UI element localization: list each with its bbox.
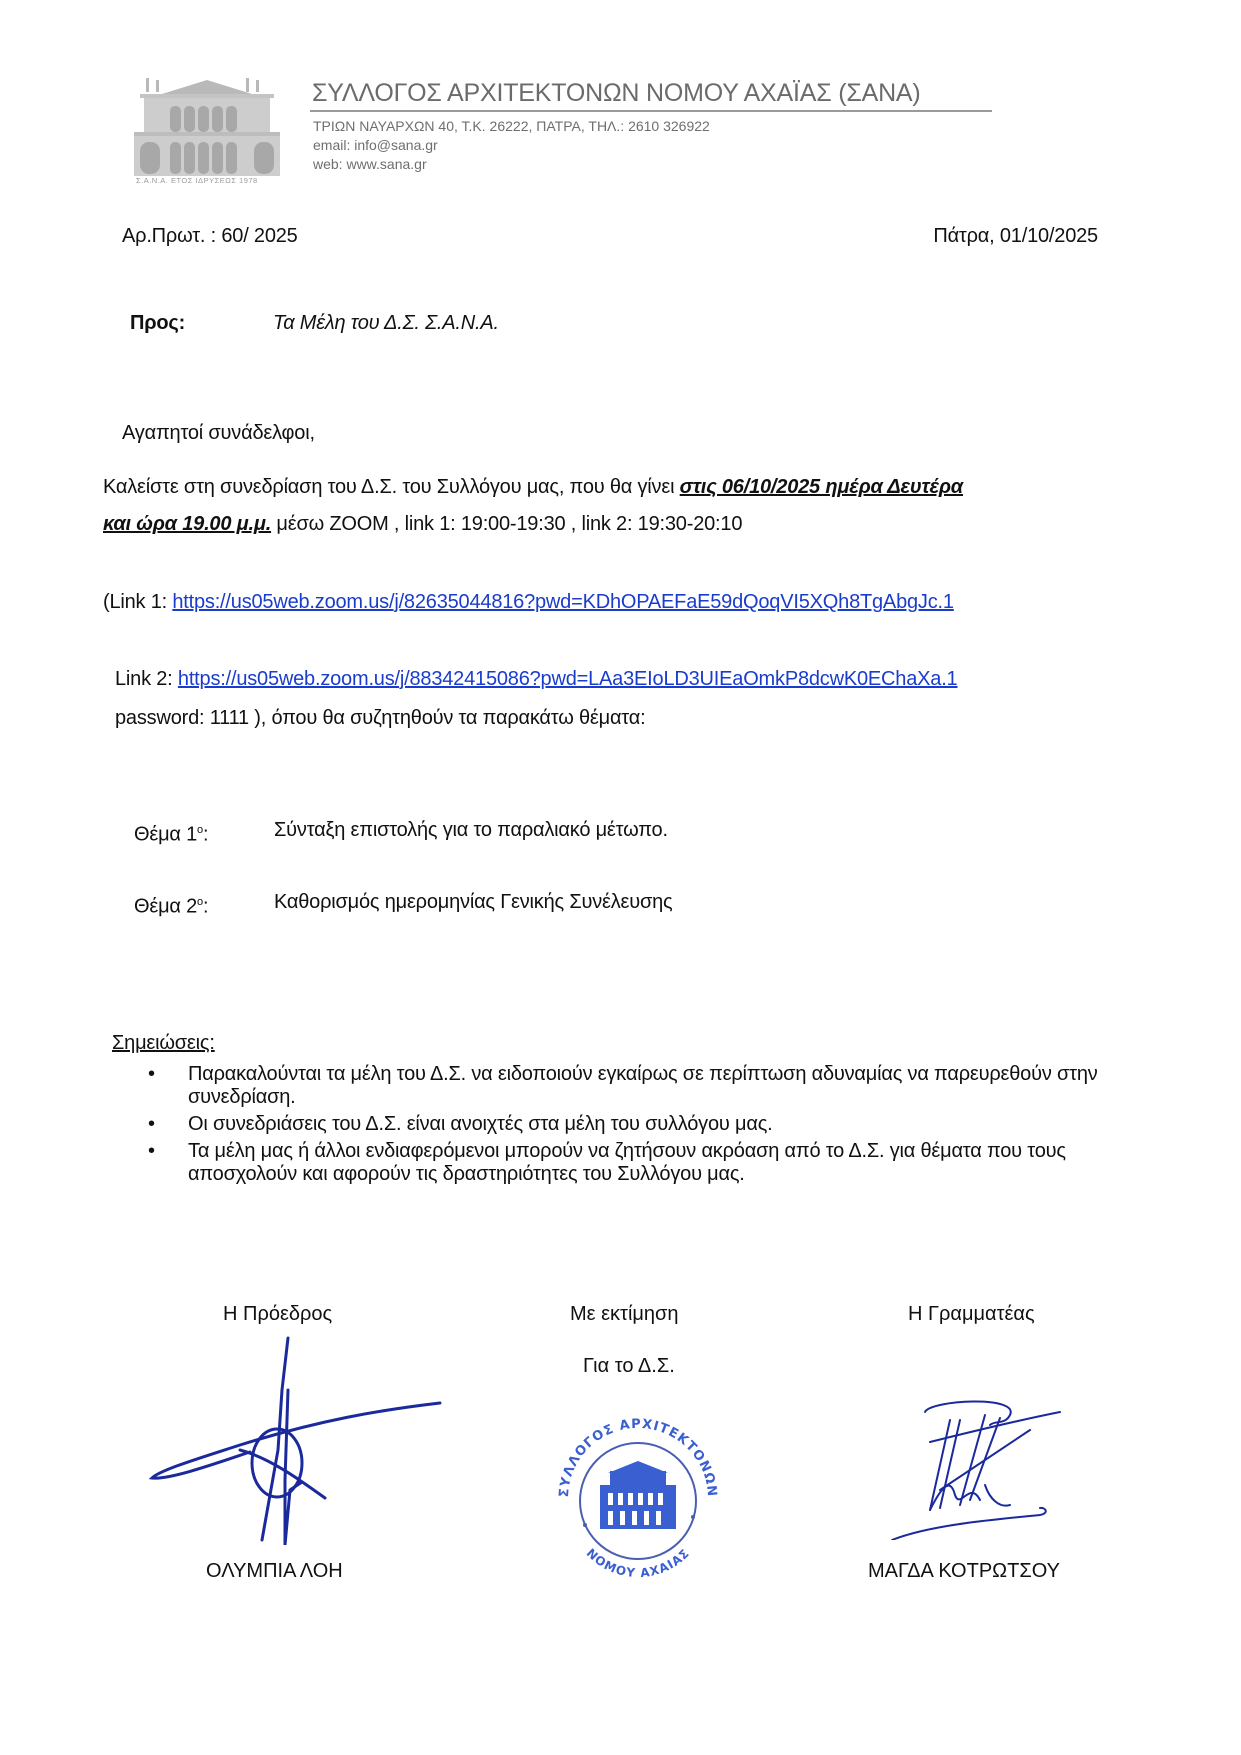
logo-caption: Σ.Α.Ν.Α. ΕΤΟΣ ΙΔΡΥΣΕΩΣ 1978 (136, 176, 258, 185)
invitation-text: Καλείστε στη συνεδρίαση του Δ.Σ. του Συλ… (103, 476, 680, 498)
stamp-bottom-text: ΝΟΜΟΥ ΑΧΑΙΑΣ (584, 1546, 693, 1580)
president-title: Η Πρόεδρος (223, 1303, 332, 1326)
president-signature (140, 1330, 460, 1560)
topic-1-text: Σύνταξη επιστολής για το παραλιακό μέτωπ… (274, 818, 668, 842)
topic-2-label: Θέμα 2ο: (134, 890, 208, 919)
meeting-schedule: μέσω ZOOM , link 1: 19:00-19:30 , link 2… (271, 513, 742, 535)
secretary-signature (870, 1380, 1070, 1540)
president-name: ΟΛΥΜΠΙΑ ΛΟΗ (206, 1560, 343, 1583)
secretary-title: Η Γραμματέας (908, 1303, 1035, 1326)
note-item: •Οι συνεδριάσεις του Δ.Σ. είναι ανοιχτές… (148, 1113, 1128, 1136)
note-item: •Τα μέλη μας ή άλλοι ενδιαφερόμενοι μπορ… (148, 1140, 1128, 1186)
invitation-line-2: και ώρα 19.00 μ.μ. μέσω ZOOM , link 1: 1… (103, 512, 742, 536)
organization-address: ΤΡΙΩΝ ΝΑΥΑΡΧΩΝ 40, Τ.Κ. 26222, ΠΑΤΡΑ, ΤΗ… (313, 118, 710, 134)
notes-title: Σημειώσεις: (112, 1031, 215, 1055)
organization-name: ΣΥΛΛΟΓΟΣ ΑΡΧΙΤΕΚΤΟΝΩΝ ΝΟΜΟΥ ΑΧΑΪΑΣ (ΣΑΝΑ… (312, 79, 921, 108)
greeting: Αγαπητοί συνάδελφοι, (122, 421, 315, 445)
svg-text:ΝΟΜΟΥ ΑΧΑΙΑΣ: ΝΟΜΟΥ ΑΧΑΙΑΣ (584, 1546, 693, 1580)
zoom-link-1[interactable]: https://us05web.zoom.us/j/82635044816?pw… (172, 591, 953, 613)
link-1-label: (Link 1: (103, 591, 172, 613)
place-date: Πάτρα, 01/10/2025 (933, 224, 1098, 248)
note-item: •Παρακαλούνται τα μέλη του Δ.Σ. να ειδοπ… (148, 1063, 1128, 1109)
association-stamp: ΣΥΛΛΟΓΟΣ ΑΡΧΙΤΕΚΤΟΝΩΝ ΝΟΜΟΥ ΑΧΑΙΑΣ (548, 1393, 728, 1593)
recipient-label: Προς: (130, 311, 185, 335)
topic-2-text: Καθορισμός ημερομηνίας Γενικής Συνέλευση… (274, 890, 673, 914)
organization-web: web: www.sana.gr (313, 156, 427, 172)
organization-email: email: info@sana.gr (313, 137, 438, 153)
meeting-time: και ώρα 19.00 μ.μ. (103, 513, 271, 535)
notes-list: •Παρακαλούνται τα μέλη του Δ.Σ. να ειδοπ… (148, 1063, 1128, 1190)
topic-1-label: Θέμα 1ο: (134, 818, 208, 847)
zoom-link-2[interactable]: https://us05web.zoom.us/j/88342415086?pw… (178, 668, 958, 690)
protocol-number: Αρ.Πρωτ. : 60/ 2025 (122, 224, 298, 248)
organization-logo (134, 76, 280, 188)
invitation-line-1: Καλείστε στη συνεδρίαση του Δ.Σ. του Συλ… (103, 475, 963, 499)
closing-for: Για το Δ.Σ. (583, 1355, 675, 1378)
link-2-label: Link 2: (115, 668, 178, 690)
building-facade-icon (134, 76, 280, 176)
link-2-line: Link 2: https://us05web.zoom.us/j/883424… (115, 667, 958, 691)
recipient-value: Τα Μέλη του Δ.Σ. Σ.Α.Ν.Α. (273, 311, 499, 335)
meeting-date: στις 06/10/2025 ημέρα Δευτέρα (680, 476, 963, 498)
password-line: password: 1111 ), όπου θα συζητηθούν τα … (115, 706, 645, 730)
letterhead-divider (310, 110, 992, 112)
secretary-name: ΜΑΓΔΑ ΚΟΤΡΩΤΣΟΥ (868, 1560, 1060, 1583)
closing-text: Με εκτίμηση (570, 1303, 679, 1326)
link-1-line: (Link 1: https://us05web.zoom.us/j/82635… (103, 590, 954, 614)
